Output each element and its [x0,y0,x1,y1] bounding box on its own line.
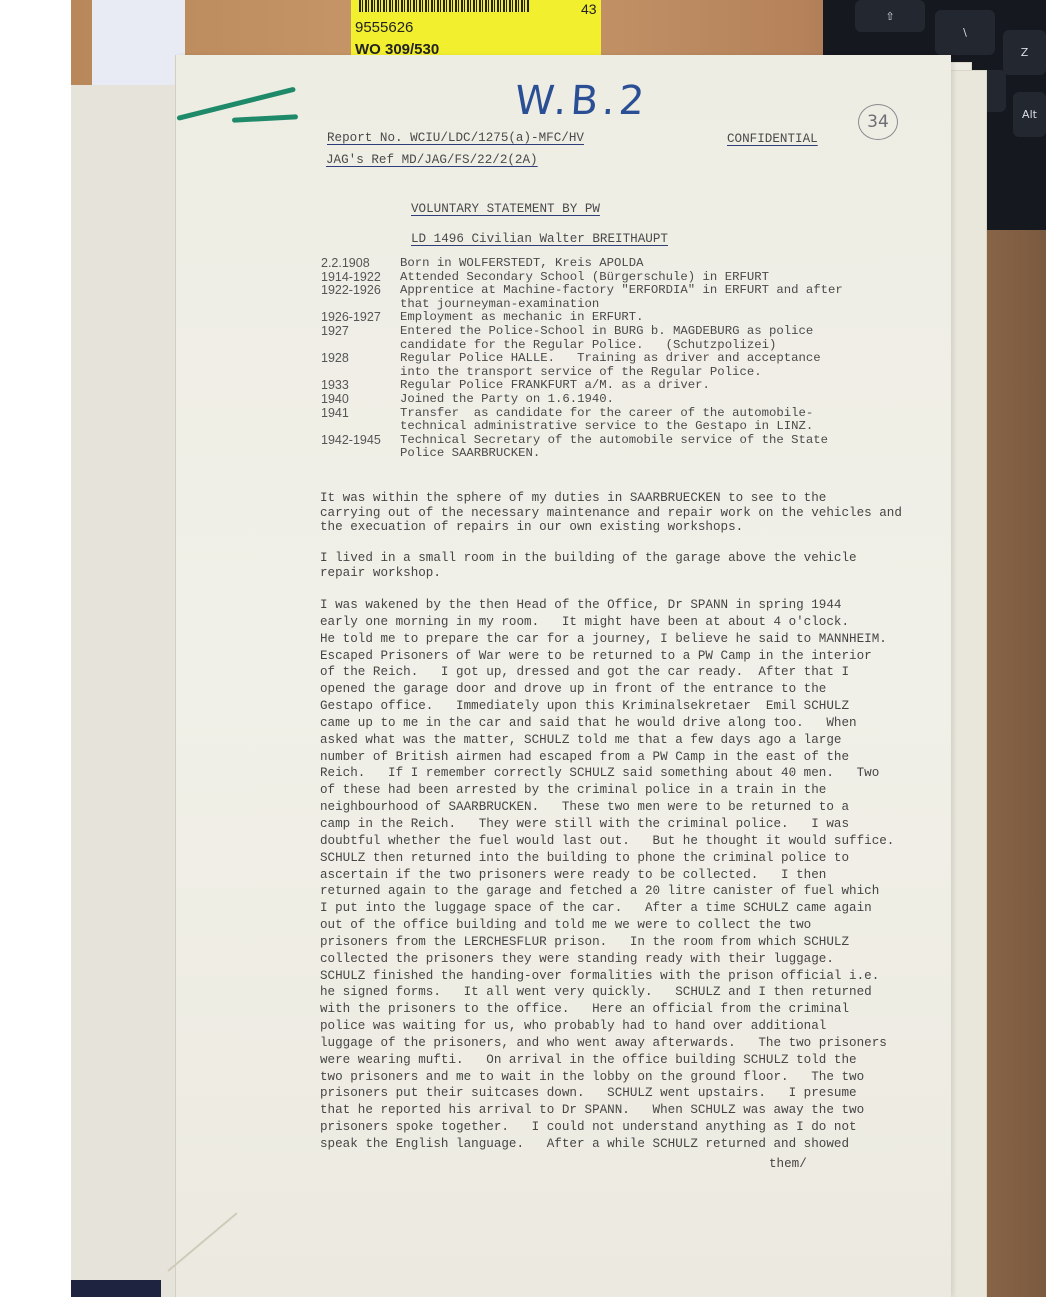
cv-entry: 1942-1945Technical Secretary of the auto… [321,434,881,461]
cv-entry: 1926-1927Employment as mechanic in ERFUR… [321,311,881,325]
alt-key: Alt [1013,92,1046,137]
z-key: Z [1003,30,1046,75]
cv-year: 1941 [321,407,400,434]
cv-text: Apprentice at Machine-factory "ERFORDIA"… [400,284,843,311]
cv-entry: 1933Regular Police FRANKFURT a/M. as a d… [321,379,881,393]
cv-year: 1942-1945 [321,434,400,461]
cv-text: Entered the Police-School in BURG b. MAG… [400,325,813,352]
cv-text: Regular Police HALLE. Training as driver… [400,352,821,379]
handwritten-annotation: W.B.2 [513,78,649,124]
cv-text: Joined the Party on 1.6.1940. [400,393,614,407]
cv-year: 1928 [321,352,400,379]
cv-entry: 1941Transfer as candidate for the career… [321,407,881,434]
cv-year: 1933 [321,379,400,393]
cv-year: 1922-1926 [321,284,400,311]
cv-entry: 1922-1926Apprentice at Machine-factory "… [321,284,881,311]
cv-entry: 2.2.1908Born in WOLFERSTEDT, Kreis APOLD… [321,257,881,271]
cv-text: Employment as mechanic in ERFURT. [400,311,644,325]
paragraph-residence: I lived in a small room in the building … [320,551,857,580]
cv-year: 1926-1927 [321,311,400,325]
backslash-key: \ [935,10,995,55]
paragraph-narrative: I was wakened by the then Head of the Of… [320,597,894,1153]
cv-text: Technical Secretary of the automobile se… [400,434,828,461]
binder-cover [71,1280,161,1297]
cv-text: Regular Police FRANKFURT a/M. as a drive… [400,379,710,393]
report-number: Report No. WCIU/LDC/1275(a)-MFC/HV [327,130,584,146]
cv-text: Attended Secondary School (Bürgerschule)… [400,271,769,285]
cv-text: Born in WOLFERSTEDT, Kreis APOLDA [400,257,644,271]
cv-year: 2.2.1908 [321,257,400,271]
paper-bookmark [92,0,185,90]
career-history: 2.2.1908Born in WOLFERSTEDT, Kreis APOLD… [321,257,881,461]
cv-entry: 1914-1922Attended Secondary School (Bürg… [321,271,881,285]
cv-year: 1914-1922 [321,271,400,285]
statement-subject: LD 1496 Civilian Walter BREITHAUPT [411,231,668,247]
classification-marking: CONFIDENTIAL [727,131,818,147]
cv-entry: 1927Entered the Police-School in BURG b.… [321,325,881,352]
cv-entry: 1940Joined the Party on 1.6.1940. [321,393,881,407]
label-piece-count: 43 [581,1,597,17]
jag-reference: JAG's Ref MD/JAG/FS/22/2(2A) [326,152,538,168]
catchword: them/ [769,1157,807,1171]
cv-year: 1927 [321,325,400,352]
folio-number: 34 [858,104,898,140]
statement-title: VOLUNTARY STATEMENT BY PW [411,201,600,217]
cv-year: 1940 [321,393,400,407]
label-document-id: 9555626 [355,19,413,36]
shift-key-icon: ⇧ [855,0,925,32]
barcode [359,0,529,12]
cv-text: Transfer as candidate for the career of … [400,407,813,434]
paragraph-duties: It was within the sphere of my duties in… [320,491,902,535]
cv-entry: 1928Regular Police HALLE. Training as dr… [321,352,881,379]
